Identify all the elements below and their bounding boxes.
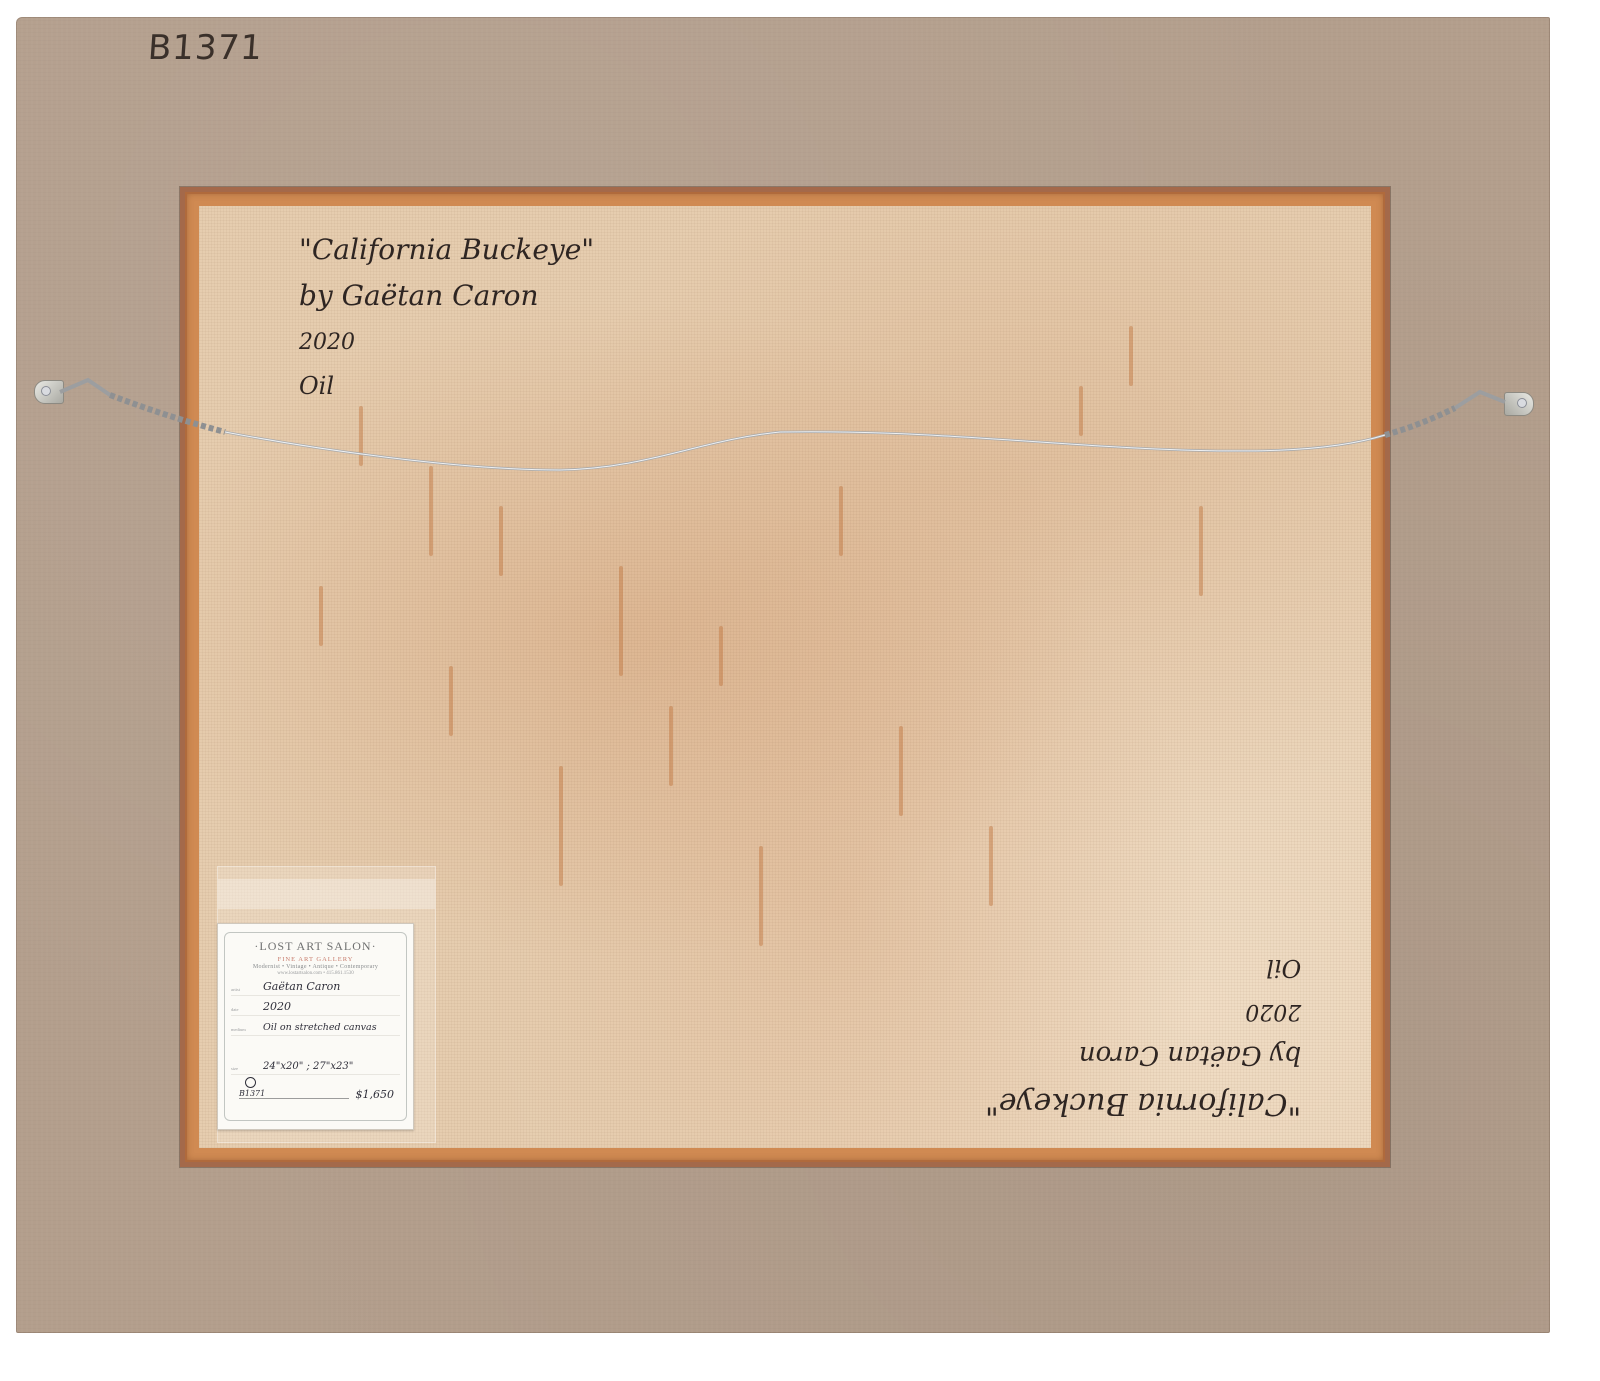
inscription-title: "California Buckeye" xyxy=(299,236,594,264)
stain xyxy=(499,506,503,576)
stain xyxy=(429,466,433,556)
label-key: date xyxy=(231,1007,239,1012)
label-brand: ·LOST ART SALON· xyxy=(225,939,406,954)
label-value: Oil on stretched canvas xyxy=(263,1022,377,1033)
label-value: 24"x20" ; 27"x23" xyxy=(263,1061,353,1072)
label-key: artist xyxy=(231,987,240,992)
label-row-artist: artist Gaëtan Caron xyxy=(231,976,400,996)
circle-mark-icon xyxy=(245,1077,256,1088)
d-ring-hanger-icon xyxy=(34,380,64,404)
stain xyxy=(619,566,623,676)
stain xyxy=(899,726,903,816)
inscription-inverted: "California Buckeye" by Gaëtan Caron 202… xyxy=(985,956,1301,1118)
stain xyxy=(1129,326,1133,386)
inscription-year: 2020 xyxy=(299,332,594,354)
d-ring-hanger-icon xyxy=(1504,392,1534,416)
stain xyxy=(559,766,563,886)
inverted-artist: by Gaëtan Caron xyxy=(985,1042,1301,1068)
inscription-medium: Oil xyxy=(299,374,594,398)
inventory-mark: B1371 xyxy=(147,28,265,68)
label-subtitle: FINE ART GALLERY xyxy=(225,956,406,963)
gallery-label: ·LOST ART SALON· FINE ART GALLERY Modern… xyxy=(217,923,414,1130)
stain xyxy=(319,586,323,646)
label-tags: Modernist • Vintage • Antique • Contempo… xyxy=(225,964,406,970)
inverted-medium: Oil xyxy=(985,956,1301,980)
label-footer: B1371 $1,650 xyxy=(231,1075,400,1103)
label-row-date: date 2020 xyxy=(231,996,400,1016)
inscription-upper-left: "California Buckeye" by Gaëtan Caron 202… xyxy=(299,236,594,398)
label-value: 2020 xyxy=(263,1000,291,1013)
label-row-size: size 24"x20" ; 27"x23" xyxy=(231,1036,400,1075)
stain xyxy=(359,406,363,466)
stain xyxy=(759,846,763,946)
stain xyxy=(669,706,673,786)
label-value: Gaëtan Caron xyxy=(263,980,340,993)
stain xyxy=(1079,386,1083,436)
label-key: size xyxy=(231,1066,238,1071)
inverted-year: 2020 xyxy=(985,1000,1301,1022)
sleeve-seal xyxy=(218,879,435,909)
stain xyxy=(839,486,843,556)
label-key: medium xyxy=(231,1027,246,1032)
stain xyxy=(1199,506,1203,596)
label-border: ·LOST ART SALON· FINE ART GALLERY Modern… xyxy=(224,932,407,1121)
inverted-title: "California Buckeye" xyxy=(985,1088,1301,1118)
label-price: $1,650 xyxy=(356,1088,395,1101)
stain xyxy=(989,826,993,906)
stain xyxy=(449,666,453,736)
inscription-artist: by Gaëtan Caron xyxy=(299,282,594,310)
stain xyxy=(719,626,723,686)
label-row-medium: medium Oil on stretched canvas xyxy=(231,1016,400,1036)
label-inventory-number: B1371 xyxy=(239,1089,349,1099)
